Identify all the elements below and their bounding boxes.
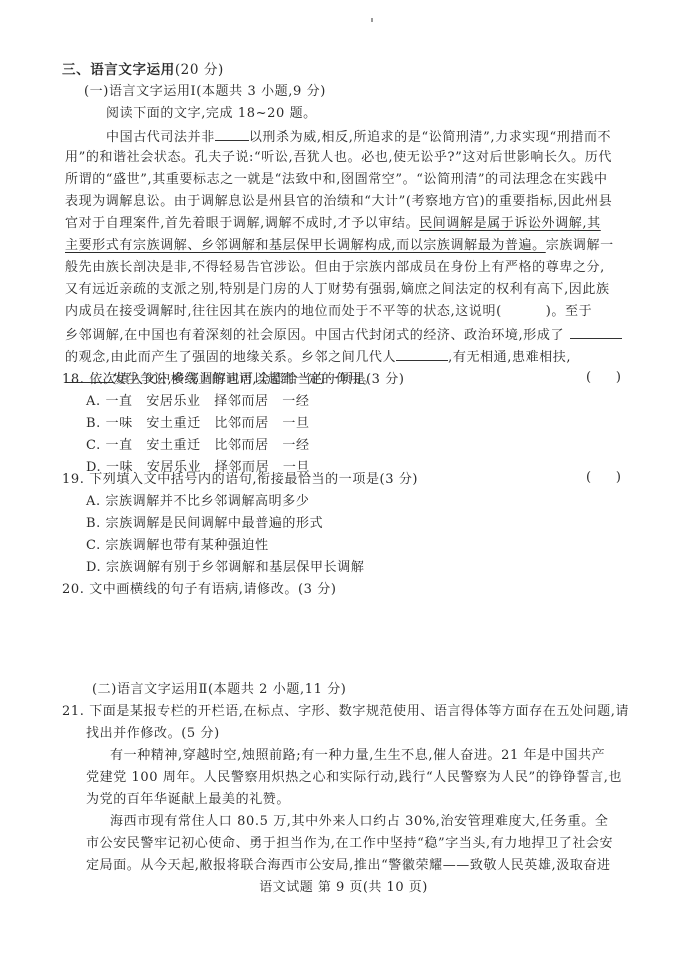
passage-text: )。至于 [546,304,592,319]
q20-stem: 20. 文中画横线的句子有语病,请修改。(3 分) [62,580,337,600]
passage-text: ,有无相通,患难相扶, [448,350,571,365]
underlined-sentence: 主要形式有宗族调解、乡邻调解和基层保甲长调解构成,而以宗族调解最为普遍。 [65,238,546,253]
section-points: (20 分) [175,62,224,78]
passage-line-11: 的观念,由此而产生了强固的地缘关系。乡邻之间几代人,有无相通,患难相扶, [65,346,571,368]
passage-text: 中国古代司法并非 [106,130,215,145]
part2-title: (二)语言文字运用Ⅱ(本题共 2 小题,11 分) [92,680,346,700]
underlined-sentence: 民间调解是属于诉讼外调解,其 [419,216,601,231]
passage-line-3: 所谓的“盛世”,其重要标志之一就是“法致中和,囹圄常空”。“讼简刑清”的司法理念… [65,170,608,190]
q19-stem: 19. 下列填入文中括号内的语句,衔接最恰当的一项是(3 分) [62,470,418,490]
q18-answer-paren[interactable]: ( ) [586,370,621,385]
q19-option-d: D. 宗族调解有别于乡邻调解和基层保甲长调解 [86,558,364,578]
passage-text: 以刑杀为威,相反,所追求的是“讼简刑清”,力求实现“刑措而不 [249,130,611,145]
passage-line-5: 官对于自理案件,首先着眼于调解,调解不成时,才予以审结。民间调解是属于诉讼外调解… [65,214,601,234]
q19-option-a: A. 宗族调解并不比乡邻调解高明多少 [86,492,309,512]
q21-para2-line-1: 海西市现有常住人口 80.5 万,其中外来人口约占 30%,治安管理难度大,任务… [110,812,608,832]
section-title: 三、语言文字运用 [62,62,175,78]
q18-option-b: B. 一味 安土重迁 比邻而居 一旦 [86,414,310,434]
passage-text: 内成员在接受调解时,往往因其在族内的地位而处于不平等的状态,这说明( [65,304,502,319]
q18-stem: 18. 依次填入文中横线上的词语,全都恰当的一项是(3 分) [62,370,405,390]
passage-line-2: 用”的和谐社会状态。孔夫子说:“听讼,吾犹人也。必也,使无讼乎?”这对后世影响长… [65,148,612,168]
fill-blank-3 [396,346,448,361]
fill-blank-1 [215,126,249,141]
passage-line-7: 般先由族长剖决是非,不得轻易告官涉讼。但由于宗族内部成员在身份上有严格的尊卑之分… [65,258,605,278]
q19-option-b: B. 宗族调解是民间调解中最普遍的形式 [86,514,323,534]
q19-answer-paren[interactable]: ( ) [586,470,621,485]
q21-stem-line-2: 找出并作修改。(5 分) [86,724,220,744]
passage-text: 官对于自理案件,首先着眼于调解,调解不成时,才予以审结。 [65,216,419,231]
section-heading: 三、语言文字运用(20 分) [62,60,224,80]
passage-text: 乡邻调解,在中国也有着深刻的社会原因。中国古代封闭式的经济、政治环境,形成了 [65,328,564,343]
q19-option-c: C. 宗族调解也带有某种强迫性 [86,536,269,556]
q21-stem-line-1: 21. 下面是某报专栏的开栏语,在标点、字形、数字规范使用、语言得体等方面存在五… [62,702,629,722]
scan-mark [371,18,373,22]
passage-line-4: 表现为调解息讼。由于调解息讼是州县官的治绩和“大计”(考察地方官)的重要指标,因… [65,192,612,212]
exam-page: 三、语言文字运用(20 分) (一)语言文字运用Ⅰ(本题共 3 小题,9 分) … [0,0,687,971]
passage-text: 的观念,由此而产生了强固的地缘关系。乡邻之间几代人 [65,350,396,365]
passage-line-10: 乡邻调解,在中国也有着深刻的社会原因。中国古代封闭式的经济、政治环境,形成了 [65,324,622,346]
q18-option-c: C. 一直 安土重迁 比邻而居 一经 [86,436,310,456]
part1-title: (一)语言文字运用Ⅰ(本题共 3 小题,9 分) [84,82,326,102]
fill-blank-2 [570,324,622,339]
page-footer: 语文试题 第 9 页(共 10 页) [0,876,687,895]
q21-para1-line-1: 有一种精神,穿越时空,烛照前路;有一种力量,生生不息,催人奋进。21 年是中国共… [110,746,605,766]
passage-text: 宗族调解一 [546,238,614,253]
q21-para1-line-3: 为党的百年华诞献上最美的礼赞。 [86,790,290,810]
q18-option-a: A. 一直 安居乐业 择邻而居 一经 [86,392,309,412]
passage-line-8: 又有远近亲疏的支派之别,特别是门房的人丁财势有强弱,嫡庶之间法定的权利有高下,因… [65,280,610,300]
passage-line-1: 中国古代司法并非以刑杀为威,相反,所追求的是“讼简刑清”,力求实现“刑措而不 [106,126,611,148]
passage-line-6: 主要形式有宗族调解、乡邻调解和基层保甲长调解构成,而以宗族调解最为普遍。宗族调解… [65,236,614,256]
q21-para2-line-3: 定局面。从今天起,敝报将联合海西市公安局,推出“警徽荣耀——致敬人民英雄,汲取奋… [86,856,611,876]
q21-para2-line-2: 市公安民警牢记初心使命、勇于担当作为,在工作中坚持“稳”字当头,有力地捍卫了社会… [86,834,613,854]
reading-instruction: 阅读下面的文字,完成 18~20 题。 [106,104,317,124]
q21-para1-line-2: 党建党 100 周年。人民警察用炽热之心和实际行动,践行“人民警察为人民”的铮铮… [86,768,622,788]
passage-line-9: 内成员在接受调解时,往往因其在族内的地位而处于不平等的状态,这说明()。至于 [65,302,592,322]
